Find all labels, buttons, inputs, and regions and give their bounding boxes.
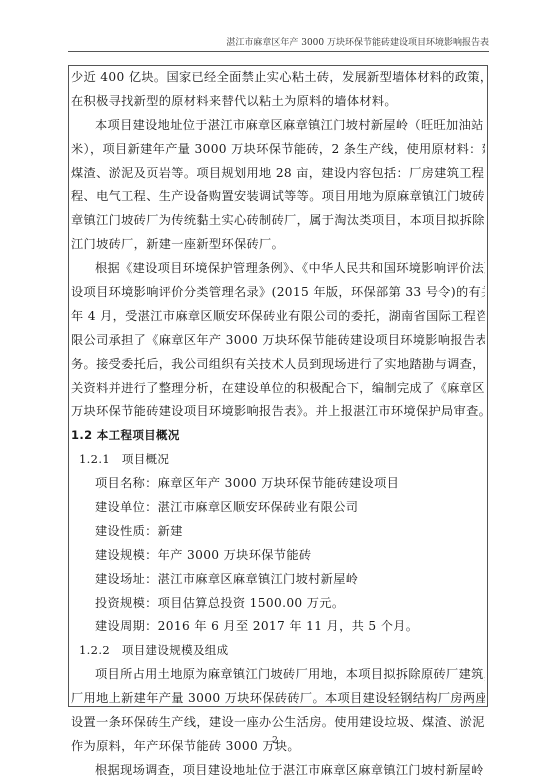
field-project-name: 项目名称：麻章区年产 3000 万块环保节能砖建设项目 — [71, 472, 485, 496]
field-builder: 建设单位：湛江市麻章区顺安环保砖业有限公司 — [71, 496, 485, 520]
content-frame: 少近 400 亿块。国家已经全面禁止实心粘土砖，发展新型墙体材料的政策，各地也都… — [68, 65, 488, 707]
project-fields: 项目名称：麻章区年产 3000 万块环保节能砖建设项目 建设单位：湛江市麻章区顺… — [71, 472, 485, 639]
field-investment: 投资规模：项目估算总投资 1500.00 万元。 — [71, 592, 485, 616]
field-nature: 建设性质：新建 — [71, 520, 485, 544]
text-line: 务。接受委托后，我公司组织有关技术人员到现场进行了实地踏勘与调查，收集了相 — [71, 353, 485, 377]
page-number: 2 — [0, 736, 550, 746]
field-period: 建设周期：2016 年 6 月至 2017 年 11 月，共 5 个月。 — [71, 615, 485, 639]
text-line: 设项目环境影响评价分类管理名录》(2015 年版，环保部第 33 号令)的有关要… — [71, 281, 485, 305]
text-line: 米），项目新建年产量 3000 万块环保节能砖，2 条生产线，使用原材料：建设垃… — [71, 138, 485, 162]
text-line: 江门坡砖厂，新建一座新型环保砖厂。 — [71, 233, 485, 257]
text-line: 限公司承担了《麻章区年产 3000 万块环保节能砖建设项目环境影响报告表》的编制… — [71, 329, 485, 353]
paragraph-3: 根据《建设项目环境保护管理条例》、《中华人民共和国环境影响评价法》和《建 设项目… — [71, 257, 485, 424]
field-site: 建设场址：湛江市麻章区麻章镇江门坡村新屋岭 — [71, 568, 485, 592]
text-line: 在积极寻找新型的原材料来替代以粘土为原料的墙体材料。 — [71, 90, 485, 114]
text-line: 煤渣、淤泥及页岩等。项目规划用地 28 亩，建设内容包括：厂房建筑工程、给排水工 — [71, 162, 485, 186]
text-line: 章镇江门坡砖厂为传统黏土实心砖制砖厂，属于淘汰类项目，本项目拟拆除原麻章镇 — [71, 209, 485, 233]
paragraph-5: 根据现场调查，项目建设地址位于湛江市麻章区麻章镇江门坡村新屋岭（旺旺加 — [71, 759, 485, 778]
paragraph-1: 少近 400 亿块。国家已经全面禁止实心粘土砖，发展新型墙体材料的政策，各地也都… — [71, 66, 485, 114]
text-line: 本项目建设地址位于湛江市麻章区麻章镇江门坡村新屋岭（旺旺加油站以南 500 — [71, 114, 485, 138]
field-scale: 建设规模：年产 3000 万块环保节能砖 — [71, 544, 485, 568]
text-line: 万块环保节能砖建设项目环境影响报告表》。并上报湛江市环境保护局审查。 — [71, 400, 485, 424]
section-heading-1-2: 1.2 本工程项目概况 — [71, 424, 485, 448]
text-line: 程、电气工程、生产设备购置安装调试等等。项目用地为原麻章镇江门坡砖厂，原麻 — [71, 185, 485, 209]
text-line: 项目所占用土地原为麻章镇江门坡砖厂用地，本项目拟拆除原砖厂建筑，在原砖 — [71, 663, 485, 687]
text-line: 关资料并进行了整理分析，在建设单位的积极配合下，编制完成了《麻章区年产 3000 — [71, 377, 485, 401]
text-line: 设置一条环保砖生产线，建设一座办公生活房。使用建设垃圾、煤渣、淤泥及页岩等 — [71, 711, 485, 735]
section-heading-1-2-1: 1.2.1 项目概况 — [71, 448, 485, 472]
paragraph-2: 本项目建设地址位于湛江市麻章区麻章镇江门坡村新屋岭（旺旺加油站以南 500 米）… — [71, 114, 485, 257]
text-line: 年 4 月，受湛江市麻章区顺安环保砖业有限公司的委托，湖南省国际工程咨询中心有 — [71, 305, 485, 329]
running-header: 湛江市麻章区年产 3000 万块环保节能砖建设项目环境影响报告表 — [68, 38, 489, 52]
text-line: 根据现场调查，项目建设地址位于湛江市麻章区麻章镇江门坡村新屋岭（旺旺加 — [71, 759, 485, 778]
text-line: 厂用地上新建年产量 3000 万块环保砖砖厂。本项目建设轻钢结构厂房两座，每座厂… — [71, 687, 485, 711]
section-heading-1-2-2: 1.2.2 项目建设规模及组成 — [71, 639, 485, 663]
text-line: 少近 400 亿块。国家已经全面禁止实心粘土砖，发展新型墙体材料的政策，各地也都 — [71, 66, 485, 90]
text-line: 根据《建设项目环境保护管理条例》、《中华人民共和国环境影响评价法》和《建 — [71, 257, 485, 281]
header-title: 湛江市麻章区年产 3000 万块环保节能砖建设项目环境影响报告表 — [226, 38, 489, 48]
